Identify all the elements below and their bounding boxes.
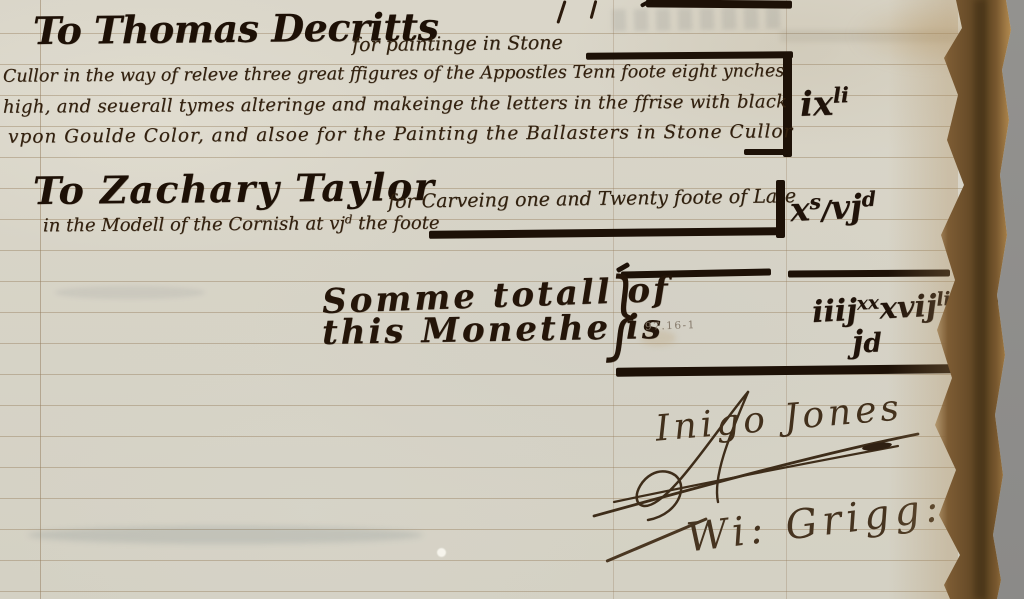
entry-2-body-post: the foote bbox=[352, 213, 439, 235]
entry-2-body-pre: in the Modell of the Cornish at vj bbox=[43, 213, 345, 236]
entry-2-bracket-right bbox=[776, 180, 785, 238]
entry-2-amount-shillings-unit: s bbox=[809, 189, 822, 214]
entry-1-bracket-top bbox=[586, 51, 793, 59]
entry-2-amount: xs/vjd bbox=[789, 186, 877, 229]
entry-2-body-line-1: in the Modell of the Cornish at vjd the … bbox=[43, 213, 440, 237]
manuscript-page: To Thomas Decritts for paintinge in Ston… bbox=[0, 0, 1024, 599]
previous-entry-bracket-remnant bbox=[646, 0, 792, 9]
total-brace: } bbox=[604, 258, 641, 370]
entry-1-amount-unit: li bbox=[832, 83, 849, 109]
entry-1-service: for paintinge in Stone bbox=[352, 32, 563, 56]
entry-1-amount: ixli bbox=[799, 83, 850, 125]
margin-line-left bbox=[40, 0, 41, 599]
entry-2-amount-pence-unit: d bbox=[861, 187, 877, 212]
total-amount-pence-unit: d bbox=[863, 327, 882, 359]
entry-2-amount-pence: vj bbox=[830, 187, 863, 228]
entry-2-body-sup: d bbox=[345, 212, 353, 226]
paper-sheet: To Thomas Decritts for paintinge in Ston… bbox=[0, 0, 1024, 599]
total-pencil-note: 97.16-1 bbox=[645, 319, 696, 333]
entry-2-payee: To Zachary Taylor bbox=[33, 164, 436, 213]
entry-1-bracket-bottom bbox=[744, 149, 788, 155]
total-amount-score-sup: xx bbox=[856, 292, 879, 314]
entry-2-amount-shillings: x bbox=[789, 189, 811, 229]
entry-1-amount-pounds: ix bbox=[799, 84, 834, 125]
total-amount-pence: jd bbox=[851, 323, 882, 360]
